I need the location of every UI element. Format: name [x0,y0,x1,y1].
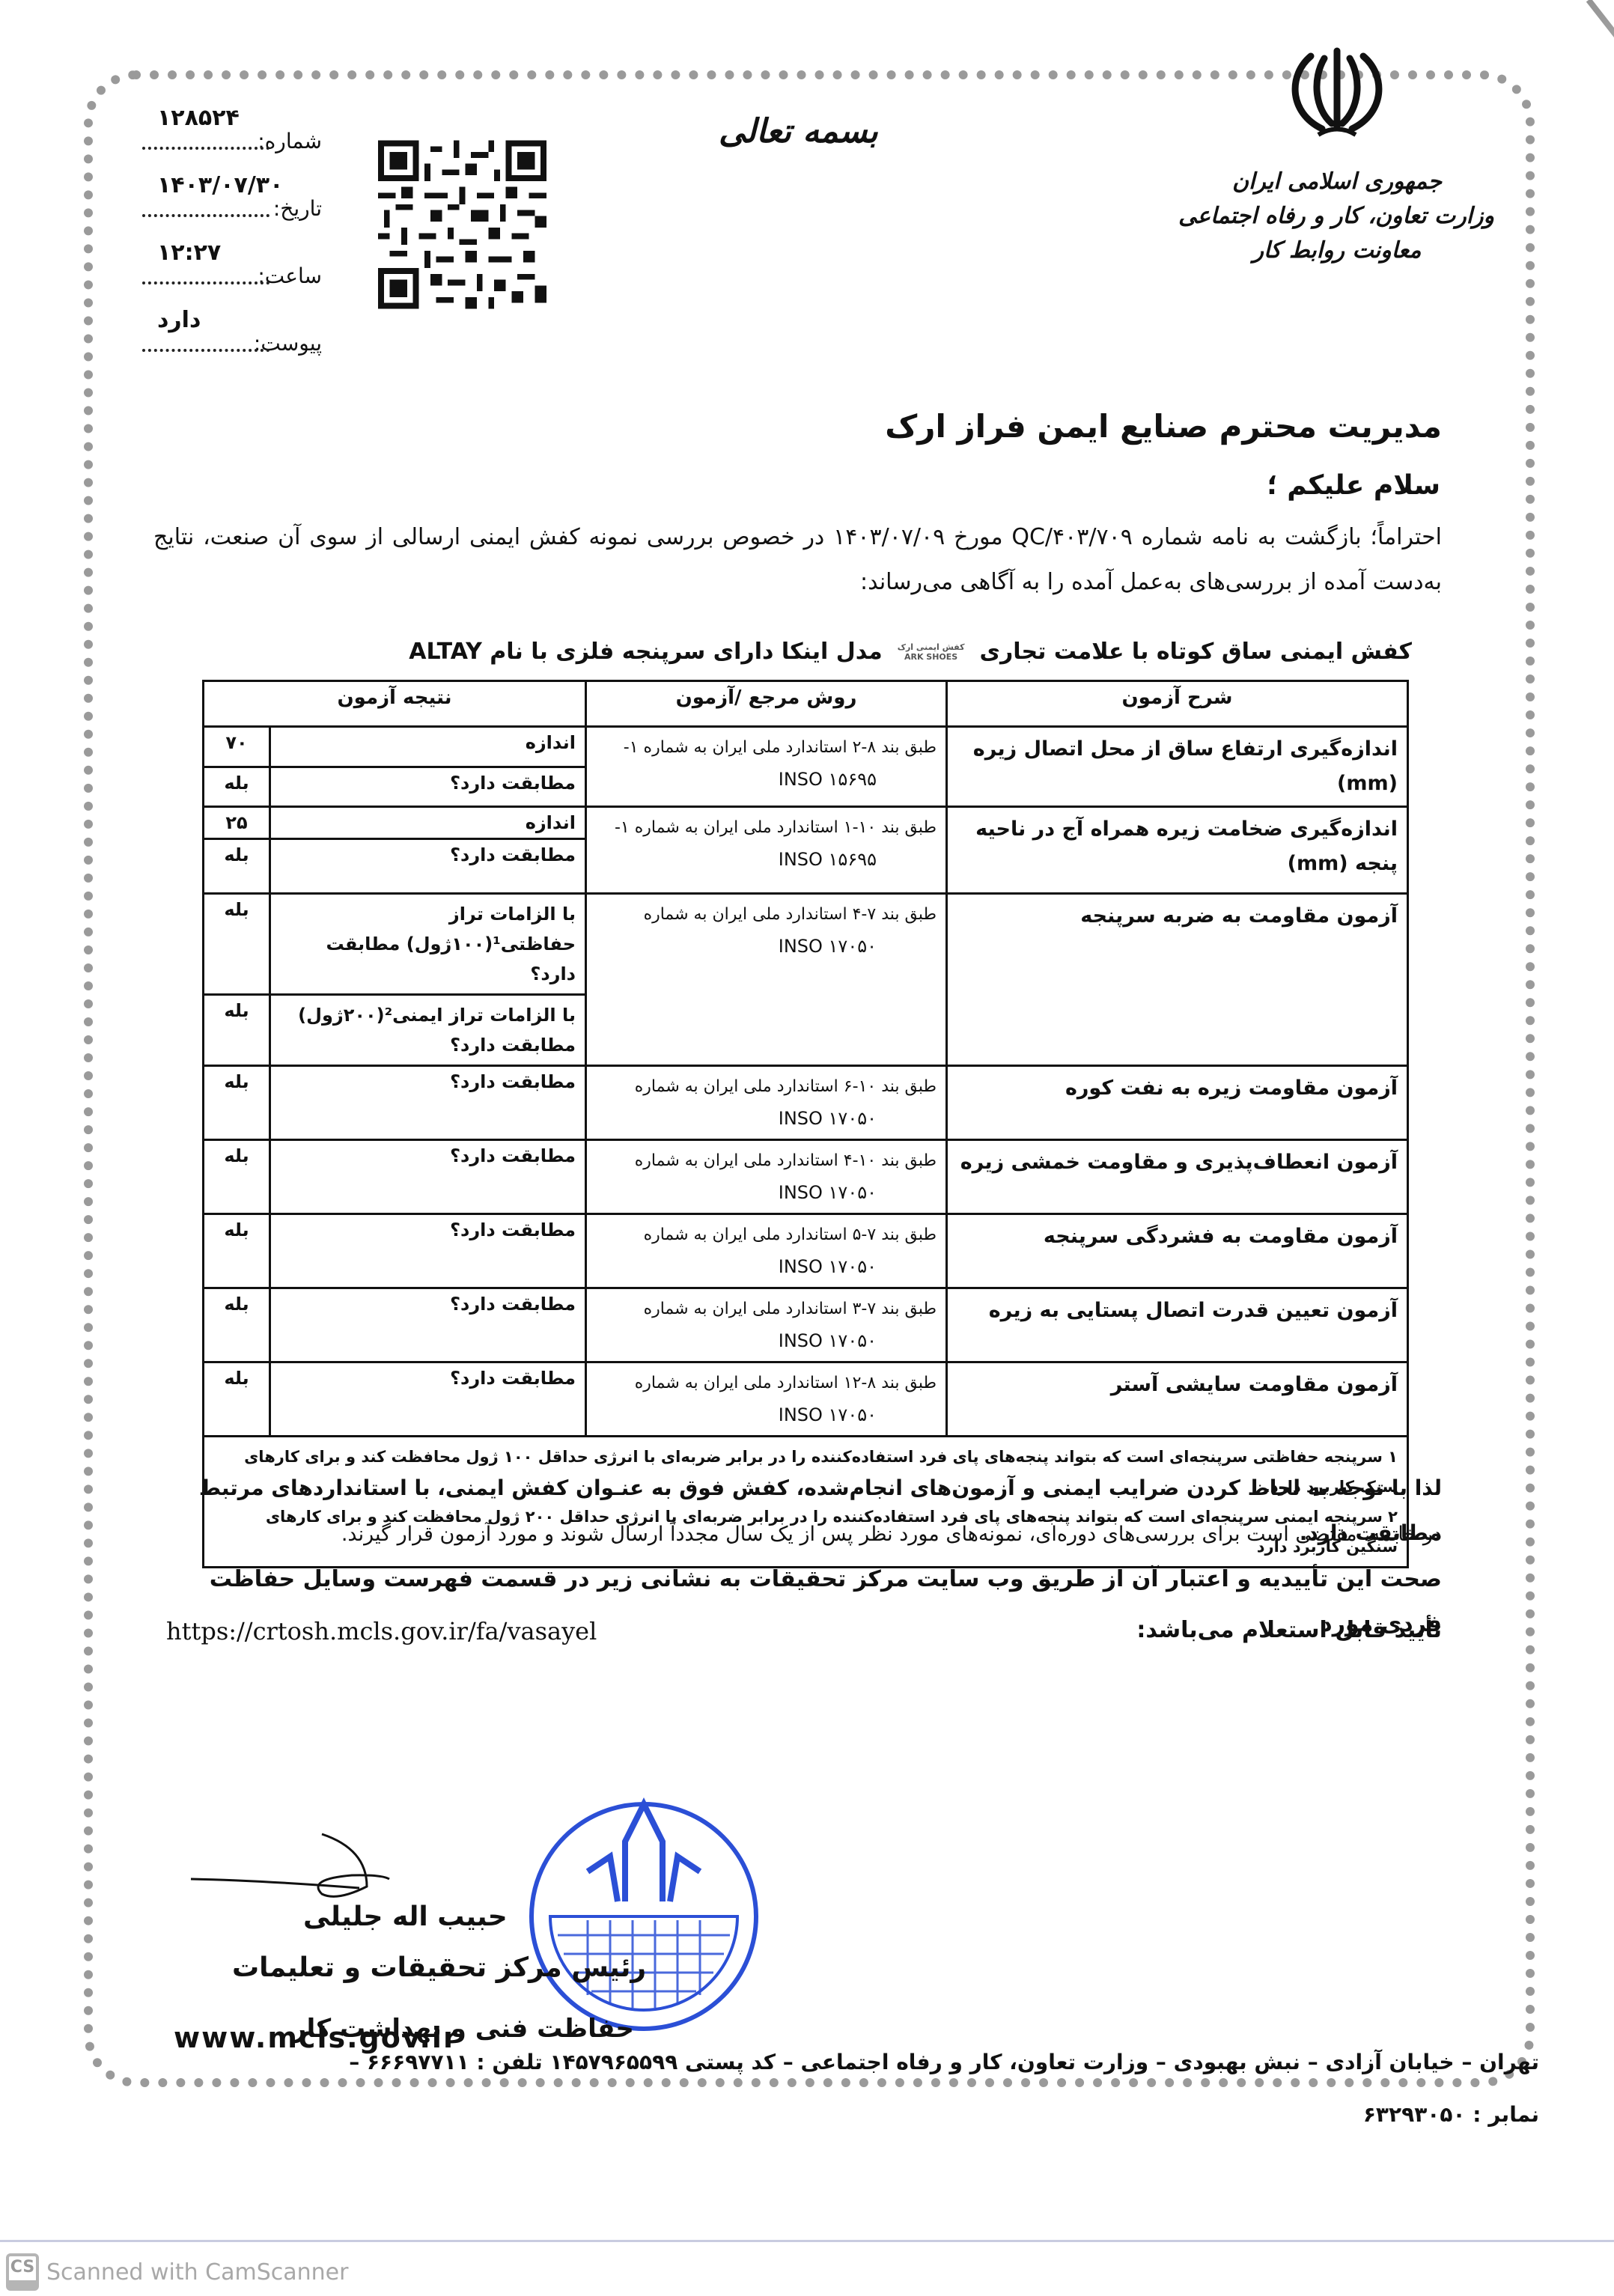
method-clause: طبق بند ۱۰-۴ استاندارد ملی ایران به شمار… [635,1151,937,1170]
dotted-line [142,214,269,217]
result-label: مطابقت دارد؟ [270,1214,586,1288]
result-value: بله [204,1214,270,1288]
greeting: سلام علیکم ؛ [1267,470,1440,501]
test-description: آزمون تعیین قدرت اتصال پستایی به زیره [947,1288,1408,1362]
table-row: آزمون مقاومت به فشردگی سرپنجه طبق بند ۷-… [204,1214,1408,1288]
divider [0,2240,1614,2242]
brand-logo-bottom: ARK SHOES [904,652,957,662]
dotted-line [142,147,269,150]
method-clause: طبق بند ۷-۳ استاندارد ملی ایران به شماره [644,1300,937,1318]
result-label: با الزامات تراز حفاظتی¹(۱۰۰ژول) مطابقت د… [270,894,586,995]
standard-code: INSO ۱۷۰۵۰ [596,931,937,962]
test-description: اندازه‌گیری ضخامت زیره همراه آج در ناحیه… [947,807,1408,894]
result-value: بله [204,767,270,807]
letter-time-label: ساعت: [258,264,322,288]
standard-code: INSO ۱۷۰۵۰ [596,1399,937,1431]
camscanner-logo-icon: CS [6,2253,39,2291]
result-label: اندازه [270,727,586,767]
ministry-line-deputy: معاونت روابط کار [1180,234,1494,268]
result-value: بله [204,1066,270,1140]
letter-attachment-label: پیوست: [254,331,322,356]
verification-url[interactable]: https://crtosh.mcls.gov.ir/fa/vasayel [166,1617,597,1645]
result-label: مطابقت دارد؟ [270,1066,586,1140]
standard-code: INSO ۱۷۰۵۰ [596,1251,937,1282]
dotted-line [142,349,269,352]
result-label: با الزامات تراز ایمنی²(۲۰۰ژول) مطابقت دا… [270,995,586,1066]
standard-code: INSO ۱۵۶۹۵ [596,764,937,795]
dotted-line [142,281,269,284]
letter-attachment: دارد [157,307,201,333]
table-row: آزمون تعیین قدرت اتصال پستایی به زیره طب… [204,1288,1408,1362]
intro-paragraph: احتراماً؛ بازگشت به نامه شماره QC/۴۰۳/۷۰… [153,515,1442,605]
letter-date-label: تاریخ: [273,196,322,221]
method-clause: طبق بند ۱۰-۶ استاندارد ملی ایران به شمار… [635,1077,937,1096]
meta-attachment: دارد پیوست: [142,307,322,359]
signer-title: رئیس مرکز تحقیقات و تعلیمات [232,1952,646,1983]
test-method: طبق بند ۱۰-۴ استاندارد ملی ایران به شمار… [586,1140,947,1214]
test-method: طبق بند ۱۰-۶ استاندارد ملی ایران به شمار… [586,1066,947,1140]
letter-meta: ۱۲۸۵۲۴ شماره: ۱۴۰۳/۰۷/۳۰ تاریخ: ۱۲:۲۷ سا… [142,105,322,359]
ministry-line-country: جمهوری اسلامی ایران [1180,165,1494,199]
table-row: اندازه‌گیری ضخامت زیره همراه آج در ناحیه… [204,807,1408,839]
verification-paragraph-end: تأیید قابل استعلام می‌باشد: [1136,1617,1442,1643]
method-clause: طبق بند ۸-۱۲ استاندارد ملی ایران به شمار… [635,1374,937,1392]
result-label: مطابقت دارد؟ [270,1288,586,1362]
result-value: بله [204,995,270,1066]
signer-name: حبیب اله جلیلی [303,1901,508,1932]
meta-number: ۱۲۸۵۲۴ شماره: [142,105,322,157]
table-header-row: شرح آزمون روش مرجع /آزمون نتیجه آزمون [204,681,1408,727]
product-title-part1: کفش ایمنی ساق کوتاه با علامت تجاری [980,639,1413,665]
result-value: بله [204,1140,270,1214]
letter-date: ۱۴۰۳/۰۷/۳۰ [157,172,283,198]
result-label: مطابقت دارد؟ [270,1362,586,1437]
result-value: بله [204,1288,270,1362]
table-row: اندازه‌گیری ارتفاع ساق از محل اتصال زیره… [204,727,1408,767]
iran-emblem-icon [1281,45,1393,142]
ministry-line-ministry: وزارت تعاون، کار و رفاه اجتماعی [1180,199,1494,234]
test-method: طبق بند ۸-۲ استاندارد ملی ایران به شماره… [586,727,947,807]
test-method: طبق بند ۷-۳ استاندارد ملی ایران به شماره… [586,1288,947,1362]
table-row: آزمون مقاومت به ضربه سرپنجه طبق بند ۷-۴ … [204,894,1408,995]
result-label: اندازه [270,807,586,839]
ministry-address: تهران – خیابان آزادی – نبش بهبودی – وزار… [349,2050,1539,2074]
result-label: مطابقت دارد؟ [270,1140,586,1214]
camscanner-watermark: CS Scanned with CamScanner [6,2253,348,2291]
result-label: مطابقت دارد؟ [270,839,586,894]
standard-code: INSO ۱۵۶۹۵ [596,844,937,875]
standard-code: INSO ۱۷۰۵۰ [596,1177,937,1208]
brand-logo: کفش ایمنی ارک ARK SHOES [898,642,965,662]
table-row: آزمون انعطاف‌پذیری و مقاومت خمشی زیره طب… [204,1140,1408,1214]
letter-number: ۱۲۸۵۲۴ [157,105,240,131]
test-results-table: شرح آزمون روش مرجع /آزمون نتیجه آزمون ان… [202,680,1409,1568]
result-value: بله [204,894,270,995]
test-description: آزمون انعطاف‌پذیری و مقاومت خمشی زیره [947,1140,1408,1214]
meta-date: ۱۴۰۳/۰۷/۳۰ تاریخ: [142,172,322,225]
test-description: آزمون مقاومت به فشردگی سرپنجه [947,1214,1408,1288]
test-description: آزمون مقاومت زیره به نفت کوره [947,1066,1408,1140]
letter-number-label: شماره: [258,129,322,153]
header-method: روش مرجع /آزمون [586,681,947,727]
official-stamp-icon [505,1774,782,2044]
standard-code: INSO ۱۷۰۵۰ [596,1325,937,1356]
table-row: آزمون مقاومت زیره به نفت کوره طبق بند ۱۰… [204,1066,1408,1140]
result-value: بله [204,839,270,894]
test-method: طبق بند ۱۰-۱ استاندارد ملی ایران به شمار… [586,807,947,894]
test-method: طبق بند ۷-۴ استاندارد ملی ایران به شماره… [586,894,947,1066]
closing-paragraph: در خاتمه، مقتضی است برای بررسی‌های دوره‌… [150,1512,1442,1557]
recipient: مدیریت محترم صنایع ایمن فراز ارک [885,408,1442,445]
test-description: آزمون مقاومت سایشی آستر [947,1362,1408,1437]
meta-time: ۱۲:۲۷ ساعت: [142,240,322,292]
result-value: ۷۰ [204,727,270,767]
header-result: نتیجه آزمون [204,681,586,727]
result-value: بله [204,1362,270,1437]
brand-logo-top: کفش ایمنی ارک [898,642,965,652]
letter-time: ۱۲:۲۷ [157,240,221,266]
method-clause: طبق بند ۷-۵ استاندارد ملی ایران به شماره [644,1225,937,1244]
table-row: آزمون مقاومت سایشی آستر طبق بند ۸-۱۲ است… [204,1362,1408,1437]
method-clause: طبق بند ۸-۲ استاندارد ملی ایران به شماره… [624,738,937,757]
product-title: کفش ایمنی ساق کوتاه با علامت تجاری کفش ا… [409,639,1412,665]
invocation: بسمه تعالی [719,112,878,150]
test-description: اندازه‌گیری ارتفاع ساق از محل اتصال زیره… [947,727,1408,807]
method-clause: طبق بند ۷-۴ استاندارد ملی ایران به شماره [644,905,937,924]
result-label: مطابقت دارد؟ [270,767,586,807]
header-description: شرح آزمون [947,681,1408,727]
method-clause: طبق بند ۱۰-۱ استاندارد ملی ایران به شمار… [615,818,937,837]
test-method: طبق بند ۸-۱۲ استاندارد ملی ایران به شمار… [586,1362,947,1437]
standard-code: INSO ۱۷۰۵۰ [596,1103,937,1134]
product-title-part2: مدل اینکا دارای سرپنجه فلزی با نام ALTAY [409,639,882,665]
ministry-header: جمهوری اسلامی ایران وزارت تعاون، کار و ر… [1180,45,1494,268]
test-method: طبق بند ۷-۵ استاندارد ملی ایران به شماره… [586,1214,947,1288]
test-description: آزمون مقاومت به ضربه سرپنجه [947,894,1408,1066]
ministry-fax: نمابر : ۶۳۲۹۳۰۵۰ [1363,2102,1539,2127]
qr-code-icon [378,127,546,322]
scan-artifact [1586,0,1614,214]
camscanner-text: Scanned with CamScanner [46,2259,348,2286]
result-value: ۲۵ [204,807,270,839]
